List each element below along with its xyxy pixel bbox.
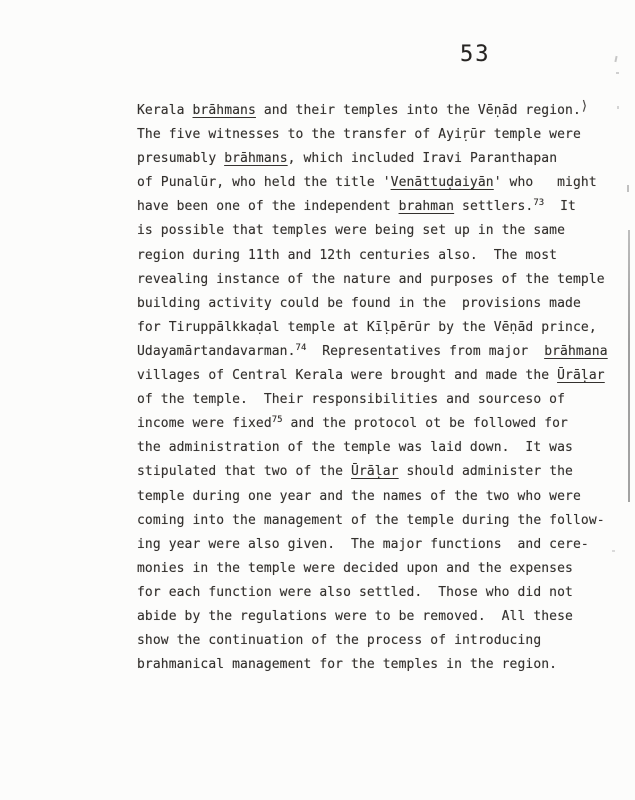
text-line: stipulated that two of the Ūrāḷar should…	[137, 460, 617, 484]
scan-artifact-speck	[627, 185, 629, 192]
footnote-reference: 74	[296, 343, 307, 353]
text-line: Kerala brāhmans and their temples into t…	[137, 99, 617, 123]
text-line: ing year were also given. The major func…	[137, 533, 617, 557]
text-line: of the temple. Their responsibilities an…	[137, 388, 617, 412]
text-segment: is possible that temples were being set …	[137, 223, 565, 238]
underlined-term: Ūrāḷar	[351, 464, 399, 479]
underlined-term: brāhmans	[193, 103, 256, 118]
text-segment: presumably	[137, 151, 224, 166]
text-segment: of Punalūr, who held the title '	[137, 175, 391, 190]
footnote-reference: 73	[533, 198, 544, 208]
text-segment: for each function were also settled. Tho…	[137, 585, 573, 600]
text-line: coming into the management of the temple…	[137, 509, 617, 533]
handwritten-mark: ⟩	[582, 95, 587, 119]
text-segment: income were fixed	[137, 416, 272, 431]
text-segment: It	[544, 199, 576, 214]
text-segment: Representatives from major	[306, 344, 544, 359]
text-line: monies in the temple were decided upon a…	[137, 557, 617, 581]
text-line: of Punalūr, who held the title 'Venāttuḍ…	[137, 171, 617, 195]
text-segment: stipulated that two of the	[137, 464, 351, 479]
text-segment: The five witnesses to the transfer of Ay…	[137, 127, 581, 142]
underlined-term: brāhmans	[224, 151, 287, 166]
text-segment: abide by the regulations were to be remo…	[137, 609, 573, 624]
text-line: building activity could be found in the …	[137, 292, 617, 316]
scan-artifact-speck	[614, 56, 617, 62]
text-line: abide by the regulations were to be remo…	[137, 605, 617, 629]
text-segment: of the temple. Their responsibilities an…	[137, 392, 565, 407]
text-line: income were fixed75 and the protocol ot …	[137, 412, 617, 436]
text-segment: ' who might	[494, 175, 597, 190]
text-line: for Tiruppālkkaḍal temple at Kīḷpērūr by…	[137, 316, 617, 340]
page-number: 53	[460, 42, 491, 67]
text-segment: and their temples into the Vēṇād region.	[256, 103, 581, 118]
underlined-term: Venāttuḍaiyān	[391, 175, 494, 190]
text-block: Kerala brāhmans and their temples into t…	[137, 99, 617, 677]
text-segment: ing year were also given. The major func…	[137, 537, 589, 552]
scan-artifact-speck	[612, 550, 615, 552]
text-line: villages of Central Kerala were brought …	[137, 364, 617, 388]
text-segment: coming into the management of the temple…	[137, 513, 605, 528]
scanned-page: 53 Kerala brāhmans and their temples int…	[0, 0, 635, 800]
text-segment: settlers.	[454, 199, 533, 214]
text-line: Udayamārtandavarman.74 Representatives f…	[137, 340, 617, 364]
text-line: presumably brāhmans, which included Irav…	[137, 147, 617, 171]
scan-artifact-speck	[616, 72, 619, 74]
text-segment: villages of Central Kerala were brought …	[137, 368, 557, 383]
text-line: is possible that temples were being set …	[137, 219, 617, 243]
text-segment: Kerala	[137, 103, 193, 118]
text-segment: Udayamārtandavarman.	[137, 344, 296, 359]
scan-artifact-vertical-line	[628, 230, 630, 502]
underlined-term: brahman	[399, 199, 455, 214]
text-line: show the continuation of the process of …	[137, 629, 617, 653]
scan-artifact-speck	[617, 106, 619, 109]
text-segment: temple during one year and the names of …	[137, 489, 581, 504]
text-line: for each function were also settled. Tho…	[137, 581, 617, 605]
text-line: have been one of the independent brahman…	[137, 195, 617, 219]
text-segment: , which included Iravi Paranthapan	[288, 151, 558, 166]
text-line: brahmanical management for the temples i…	[137, 653, 617, 677]
text-line: revealing instance of the nature and pur…	[137, 268, 617, 292]
text-segment: have been one of the independent	[137, 199, 399, 214]
text-line: temple during one year and the names of …	[137, 485, 617, 509]
text-segment: show the continuation of the process of …	[137, 633, 541, 648]
text-segment: region during 11th and 12th centuries al…	[137, 248, 557, 263]
text-segment: the administration of the temple was lai…	[137, 440, 573, 455]
text-segment: revealing instance of the nature and pur…	[137, 272, 605, 287]
text-segment: building activity could be found in the …	[137, 296, 581, 311]
text-segment: monies in the temple were decided upon a…	[137, 561, 573, 576]
footnote-reference: 75	[272, 415, 283, 425]
text-segment: for Tiruppālkkaḍal temple at Kīḷpērūr by…	[137, 320, 597, 335]
underlined-term: brāhmana	[544, 344, 607, 359]
text-line: The five witnesses to the transfer of Ay…	[137, 123, 617, 147]
text-segment: should administer the	[399, 464, 573, 479]
text-segment: and the protocol ot be followed for	[283, 416, 568, 431]
text-line: region during 11th and 12th centuries al…	[137, 244, 617, 268]
underlined-term: Ūrāḷar	[557, 368, 605, 383]
text-segment: brahmanical management for the temples i…	[137, 657, 557, 672]
text-line: the administration of the temple was lai…	[137, 436, 617, 460]
